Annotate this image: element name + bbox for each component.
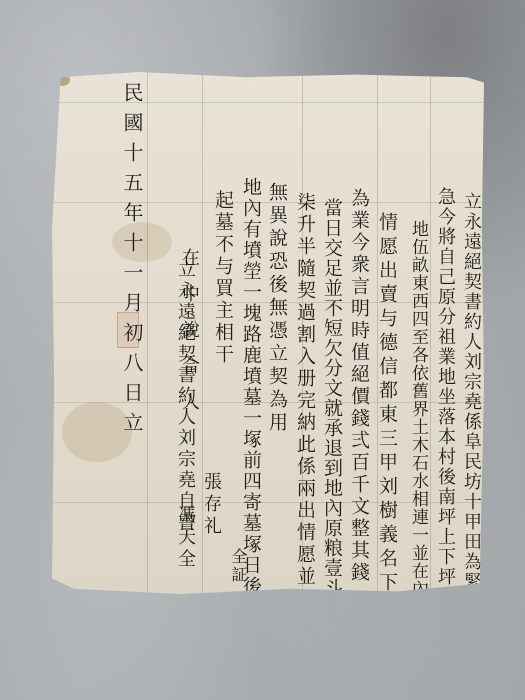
deed-date: 民國十五年十一月初八日立 [122,82,142,442]
deed-text-column-2: 急今將自己原分祖業地坐落本村後南坪上下坪 [436,187,454,587]
witness-1-name: 張存礼 [202,472,220,538]
witness-label: 在中說合人 [180,248,198,428]
deed-text-column-6: 當日交足並不短欠分文就承退到地內原粮壹斗 [322,198,341,598]
deed-text-column-7: 柒升半隨契過割入册完納此係兩出情愿並 [295,192,314,588]
deed-text-column-5: 為業今衆言明時值絕價錢弍百千文整其錢 [349,188,368,584]
deed-text-column-9: 地內有墳塋一塊路鹿墳墓一塚前四寄墓塚日後 [241,177,260,597]
deed-text-column-3: 地伍畝東西四至各依舊界土木石水相連一並在內 [409,220,426,598]
fold-crease [147,72,148,594]
deed-text-column-4: 情愿出賣与德信都東三甲刘樹義名下永遠 [377,212,396,644]
fold-crease [52,102,484,103]
deed-text-column-10: 起墓不与買主相干 [213,190,232,366]
deed-paper: 立永遠絕契書約人刘宗堯係阜民坊十甲田為緊 急今將自己原分祖業地坐落本村後南坪上下… [52,72,484,594]
fold-crease [430,72,431,594]
deed-text-column-1: 立永遠絕契書約人刘宗堯係阜民坊十甲田為緊 [462,192,480,592]
witness-suffix: 全証 [230,548,246,584]
deed-text-column-8: 無異說恐後無憑立契為用 [267,182,286,435]
witness-2-name: 馮天全 [176,505,194,571]
